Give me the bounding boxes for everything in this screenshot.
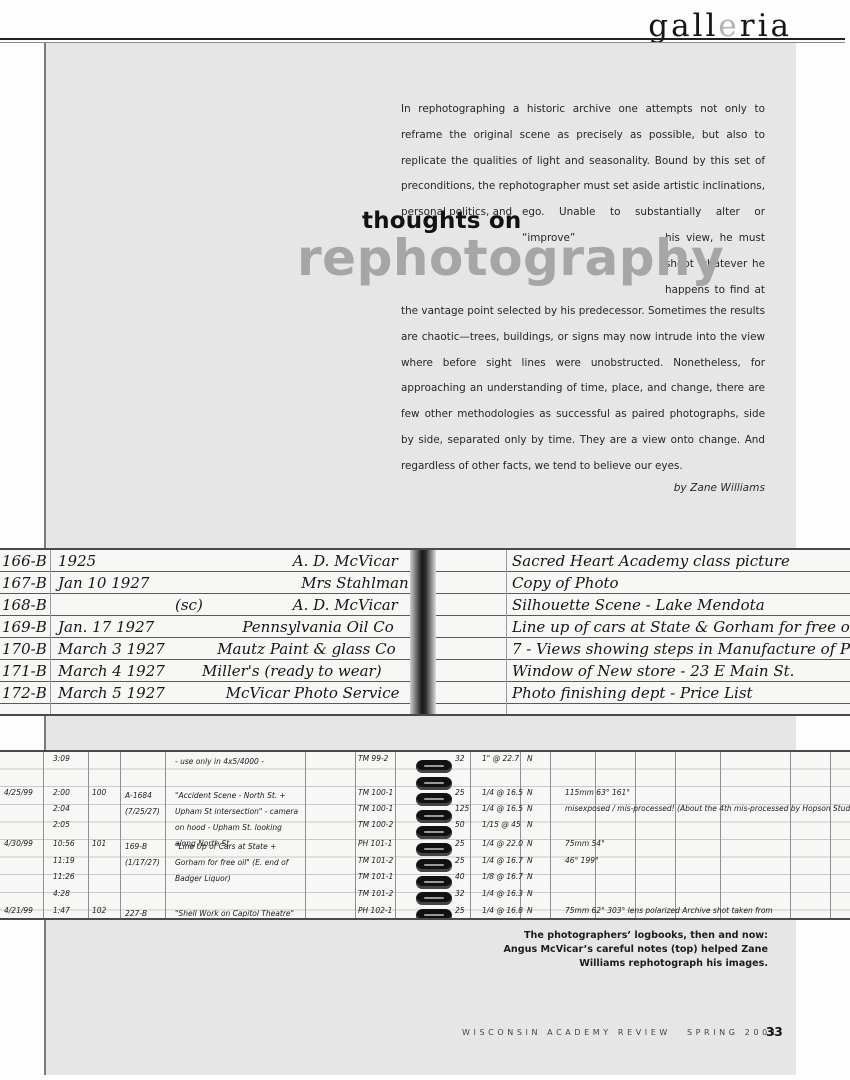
entry-number: 168-B bbox=[2, 596, 47, 614]
log-film: TM 100-2 bbox=[358, 820, 393, 829]
grid-column-line bbox=[470, 752, 471, 918]
entry-date: Jan 10 1927 bbox=[58, 574, 149, 592]
entry-client: Mautz Paint & glass Co bbox=[217, 640, 395, 658]
grid-column-line bbox=[120, 752, 121, 918]
spiral-coil bbox=[416, 859, 452, 872]
page-title: rephotography bbox=[297, 226, 724, 290]
log-number: 100 bbox=[92, 788, 106, 797]
header-rule-thin bbox=[0, 42, 845, 43]
photo-caption: The photographers’ logbooks, then and no… bbox=[468, 929, 768, 971]
grid-column-line bbox=[165, 752, 166, 918]
entry-number: 170-B bbox=[2, 640, 47, 658]
spiral-coil bbox=[416, 810, 452, 823]
log-flag: N bbox=[527, 788, 533, 797]
spiral-coil bbox=[416, 843, 452, 856]
article-paragraph-bottom: the vantage point selected by his predec… bbox=[401, 299, 765, 480]
log-exposure: 40 bbox=[455, 872, 465, 881]
entry-number: 169-B bbox=[2, 618, 47, 636]
log-number: 102 bbox=[92, 906, 106, 915]
caption-line: Angus McVicar’s careful notes (top) help… bbox=[468, 943, 768, 957]
log-reference: 227-B bbox=[125, 906, 163, 920]
log-reference: 169-B (1/17/27) bbox=[125, 839, 163, 871]
log-extra: 75mm 62° 303° lens polarized Archive sho… bbox=[565, 906, 773, 915]
log-film: TM 101-2 bbox=[358, 889, 393, 898]
logbook-image-top: 166-B1925A. D. McVicarSacred Heart Acade… bbox=[0, 548, 850, 716]
grid-column-line bbox=[635, 752, 636, 918]
log-exposure: 32 bbox=[455, 889, 465, 898]
spiral-coil bbox=[416, 909, 452, 921]
log-time: 1:47 bbox=[53, 906, 70, 915]
log-note: "Line Up of Cars at State + Gorham for f… bbox=[175, 839, 305, 887]
entry-date: March 4 1927 bbox=[58, 662, 165, 680]
entry-number: 172-B bbox=[2, 684, 47, 702]
log-aperture: 1/15 @ 45 bbox=[482, 820, 521, 829]
log-aperture: 1" @ 22.7 bbox=[482, 754, 519, 763]
entry-client: A. D. McVicar bbox=[293, 596, 398, 614]
entry-client: Miller's (ready to wear) bbox=[202, 662, 382, 680]
grid-column-line bbox=[395, 752, 396, 918]
header-rule bbox=[0, 38, 845, 40]
log-exposure: 25 bbox=[455, 788, 465, 797]
entry-number: 171-B bbox=[2, 662, 47, 680]
log-time: 2:05 bbox=[53, 820, 70, 829]
grid-column-line bbox=[720, 752, 721, 918]
log-time: 3:09 bbox=[53, 754, 70, 763]
spiral-coil bbox=[416, 826, 452, 839]
log-exposure: 25 bbox=[455, 906, 465, 915]
grid-column-line bbox=[43, 752, 44, 918]
log-aperture: 1/4 @ 16.3 bbox=[482, 889, 523, 898]
entry-date: March 5 1927 bbox=[58, 684, 165, 702]
log-flag: N bbox=[527, 856, 533, 865]
log-extra: 46° 199° bbox=[565, 856, 599, 865]
log-flag: N bbox=[527, 754, 533, 763]
logbook-image-bottom: 3:09- use only in 4x5/4000 -TM 99-2321" … bbox=[0, 750, 850, 920]
entry-date: 1925 bbox=[58, 552, 96, 570]
book-gutter bbox=[410, 550, 436, 714]
grid-column-line bbox=[305, 752, 306, 918]
log-aperture: 1/4 @ 16.8 bbox=[482, 906, 523, 915]
log-exposure: 50 bbox=[455, 820, 465, 829]
spiral-coil bbox=[416, 793, 452, 806]
grid-column-line bbox=[830, 752, 831, 918]
log-flag: N bbox=[527, 820, 533, 829]
grid-column-line bbox=[675, 752, 676, 918]
log-time: 10:56 bbox=[53, 839, 75, 848]
log-reference: A-1684 (7/25/27) bbox=[125, 788, 163, 820]
publication-name: WISCONSIN ACADEMY REVIEW bbox=[462, 1028, 671, 1037]
log-exposure: 125 bbox=[455, 804, 469, 813]
log-extra: 75mm 54° bbox=[565, 839, 605, 848]
log-time: 11:19 bbox=[53, 856, 75, 865]
log-date: 4/25/99 bbox=[4, 788, 33, 797]
entry-client: Pennsylvania Oil Co bbox=[242, 618, 393, 636]
log-extra: 115mm 63° 161° bbox=[565, 788, 630, 797]
log-film: TM 101-2 bbox=[358, 856, 393, 865]
caption-line: Williams rephotograph his images. bbox=[468, 957, 768, 971]
log-date: 4/30/99 bbox=[4, 839, 33, 848]
running-footer: WISCONSIN ACADEMY REVIEWSPRING 2001 bbox=[462, 1028, 779, 1037]
log-aperture: 1/4 @ 16.7 bbox=[482, 856, 523, 865]
log-aperture: 1/8 @ 16.7 bbox=[482, 872, 523, 881]
grid-column-line bbox=[355, 752, 356, 918]
grid-column-line bbox=[88, 752, 89, 918]
grid-column-line bbox=[790, 752, 791, 918]
spiral-coil bbox=[416, 777, 452, 790]
log-aperture: 1/4 @ 22.0 bbox=[482, 839, 523, 848]
log-time: 2:04 bbox=[53, 804, 70, 813]
article-text-bottom: the vantage point selected by his predec… bbox=[401, 299, 765, 480]
log-note: - use only in 4x5/4000 - bbox=[175, 754, 305, 770]
log-aperture: 1/4 @ 16.5 bbox=[482, 804, 523, 813]
entry-description: 7 - Views showing steps in Manufacture o… bbox=[512, 640, 850, 658]
spiral-coil bbox=[416, 760, 452, 773]
entry-client: McVicar Photo Service bbox=[226, 684, 400, 702]
log-film: TM 100-1 bbox=[358, 804, 393, 813]
spiral-coil bbox=[416, 892, 452, 905]
grid-column-line bbox=[595, 752, 596, 918]
entry-description: Copy of Photo bbox=[512, 574, 619, 592]
log-film: PH 101-1 bbox=[358, 839, 392, 848]
log-number: 101 bbox=[92, 839, 106, 848]
caption-line: The photographers’ logbooks, then and no… bbox=[468, 929, 768, 943]
log-film: TM 101-1 bbox=[358, 872, 393, 881]
log-exposure: 25 bbox=[455, 856, 465, 865]
entry-number: 167-B bbox=[2, 574, 47, 592]
log-extra: misexposed / mis-processed! (About the 4… bbox=[565, 804, 850, 813]
entry-client: Mrs Stahlman bbox=[301, 574, 409, 592]
log-time: 11:26 bbox=[53, 872, 75, 881]
entry-description: Window of New store - 23 E Main St. bbox=[512, 662, 794, 680]
log-flag: N bbox=[527, 804, 533, 813]
entry-description: Line up of cars at State & Gorham for fr… bbox=[512, 618, 850, 636]
page-number: 33 bbox=[766, 1025, 783, 1039]
log-exposure: 25 bbox=[455, 839, 465, 848]
entry-date: March 3 1927 bbox=[58, 640, 165, 658]
log-flag: N bbox=[527, 889, 533, 898]
log-flag: N bbox=[527, 906, 533, 915]
log-film: TM 99-2 bbox=[358, 754, 388, 763]
entry-number: 166-B bbox=[2, 552, 47, 570]
log-flag: N bbox=[527, 839, 533, 848]
log-time: 2:00 bbox=[53, 788, 70, 797]
entry-date: Jan. 17 1927 bbox=[58, 618, 154, 636]
entry-description: Silhouette Scene - Lake Mendota bbox=[512, 596, 765, 614]
byline: by Zane Williams bbox=[674, 482, 765, 494]
entry-client: A. D. McVicar bbox=[293, 552, 398, 570]
spiral-coil bbox=[416, 876, 452, 889]
log-exposure: 32 bbox=[455, 754, 465, 763]
log-film: TM 100-1 bbox=[358, 788, 393, 797]
log-date: 4/21/99 bbox=[4, 906, 33, 915]
margin-line bbox=[506, 550, 507, 714]
entry-description: Sacred Heart Academy class picture bbox=[512, 552, 790, 570]
entry-description: Photo finishing dept - Price List bbox=[512, 684, 753, 702]
grid-column-line bbox=[550, 752, 551, 918]
log-note: "Shell Work on Capitol Theatre" bbox=[175, 906, 305, 920]
margin-line bbox=[50, 550, 51, 714]
log-time: 4:28 bbox=[53, 889, 70, 898]
log-film: PH 102-1 bbox=[358, 906, 392, 915]
entry-date: (sc) bbox=[175, 596, 203, 614]
log-aperture: 1/4 @ 16.5 bbox=[482, 788, 523, 797]
log-flag: N bbox=[527, 872, 533, 881]
